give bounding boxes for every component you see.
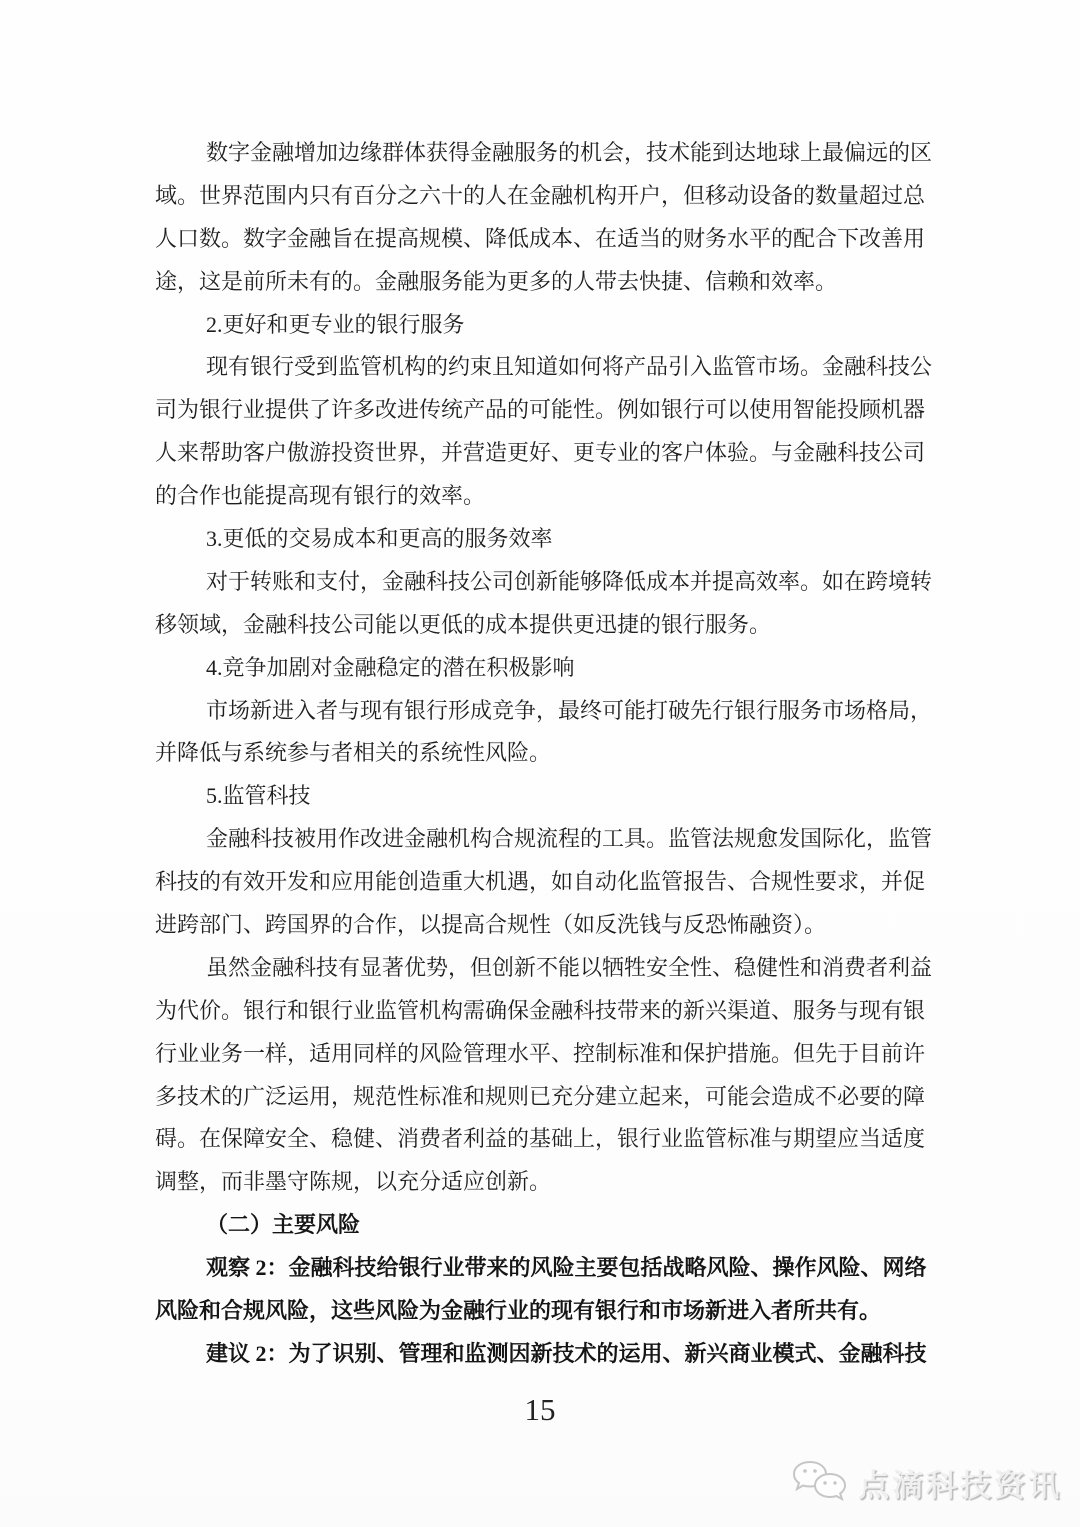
watermark: 点滴科技资讯	[786, 1458, 1062, 1506]
text-line-23: 多技术的广泛运用，规范性标准和规则已充分建立起来，可能会造成不必要的障	[155, 1076, 941, 1119]
text-line-26: （二）主要风险	[155, 1204, 941, 1247]
text-line-6: 现有银行受到监管机构的约束且知道如何将产品引入监管市场。金融科技公	[155, 346, 941, 389]
text-line-7: 司为银行业提供了许多改进传统产品的可能性。例如银行可以使用智能投顾机器	[155, 389, 941, 432]
document-text-block: 数字金融增加边缘群体获得金融服务的机会，技术能到达地球上最偏远的区域。世界范围内…	[155, 132, 941, 1376]
text-line-29: 建议 2：为了识别、管理和监测因新技术的运用、新兴商业模式、金融科技	[155, 1333, 941, 1376]
text-line-24: 碍。在保障安全、稳健、消费者利益的基础上，银行业监管标准与期望应当适度	[155, 1118, 941, 1161]
text-line-22: 行业业务一样，适用同样的风险管理水平、控制标准和保护措施。但先于目前许	[155, 1033, 941, 1076]
text-line-19: 进跨部门、跨国界的合作，以提高合规性（如反洗钱与反恐怖融资）。	[155, 904, 941, 947]
page-number: 15	[0, 1392, 1080, 1428]
text-line-2: 域。世界范围内只有百分之六十的人在金融机构开户，但移动设备的数量超过总	[155, 175, 941, 218]
text-line-16: 5.监管科技	[155, 775, 941, 818]
text-line-10: 3.更低的交易成本和更高的服务效率	[155, 518, 941, 561]
text-line-18: 科技的有效开发和应用能创造重大机遇，如自动化监管报告、合规性要求，并促	[155, 861, 941, 904]
text-line-14: 市场新进入者与现有银行形成竞争，最终可能打破先行银行服务市场格局，	[155, 690, 941, 733]
text-line-27: 观察 2：金融科技给银行业带来的风险主要包括战略风险、操作风险、网络	[155, 1247, 941, 1290]
text-line-21: 为代价。银行和银行业监管机构需确保金融科技带来的新兴渠道、服务与现有银	[155, 990, 941, 1033]
text-line-1: 数字金融增加边缘群体获得金融服务的机会，技术能到达地球上最偏远的区	[155, 132, 941, 175]
text-line-3: 人口数。数字金融旨在提高规模、降低成本、在适当的财务水平的配合下改善用	[155, 218, 941, 261]
text-line-15: 并降低与系统参与者相关的系统性风险。	[155, 732, 941, 775]
document-page: 数字金融增加边缘群体获得金融服务的机会，技术能到达地球上最偏远的区域。世界范围内…	[0, 0, 1080, 1527]
text-line-8: 人来帮助客户傲游投资世界，并营造更好、更专业的客户体验。与金融科技公司	[155, 432, 941, 475]
text-line-20: 虽然金融科技有显著优势，但创新不能以牺牲安全性、稳健性和消费者利益	[155, 947, 941, 990]
text-line-5: 2.更好和更专业的银行服务	[155, 304, 941, 347]
text-line-9: 的合作也能提高现有银行的效率。	[155, 475, 941, 518]
text-line-13: 4.竞争加剧对金融稳定的潜在积极影响	[155, 647, 941, 690]
watermark-label: 点滴科技资讯	[858, 1460, 1062, 1505]
text-line-4: 途，这是前所未有的。金融服务能为更多的人带去快捷、信赖和效率。	[155, 261, 941, 304]
text-line-25: 调整，而非墨守陈规，以充分适应创新。	[155, 1161, 941, 1204]
text-line-11: 对于转账和支付，金融科技公司创新能够降低成本并提高效率。如在跨境转	[155, 561, 941, 604]
text-line-28: 风险和合规风险，这些风险为金融行业的现有银行和市场新进入者所共有。	[155, 1290, 941, 1333]
text-line-12: 移领域，金融科技公司能以更低的成本提供更迅捷的银行服务。	[155, 604, 941, 647]
text-line-17: 金融科技被用作改进金融机构合规流程的工具。监管法规愈发国际化，监管	[155, 818, 941, 861]
wechat-bubbles-icon	[786, 1458, 852, 1506]
